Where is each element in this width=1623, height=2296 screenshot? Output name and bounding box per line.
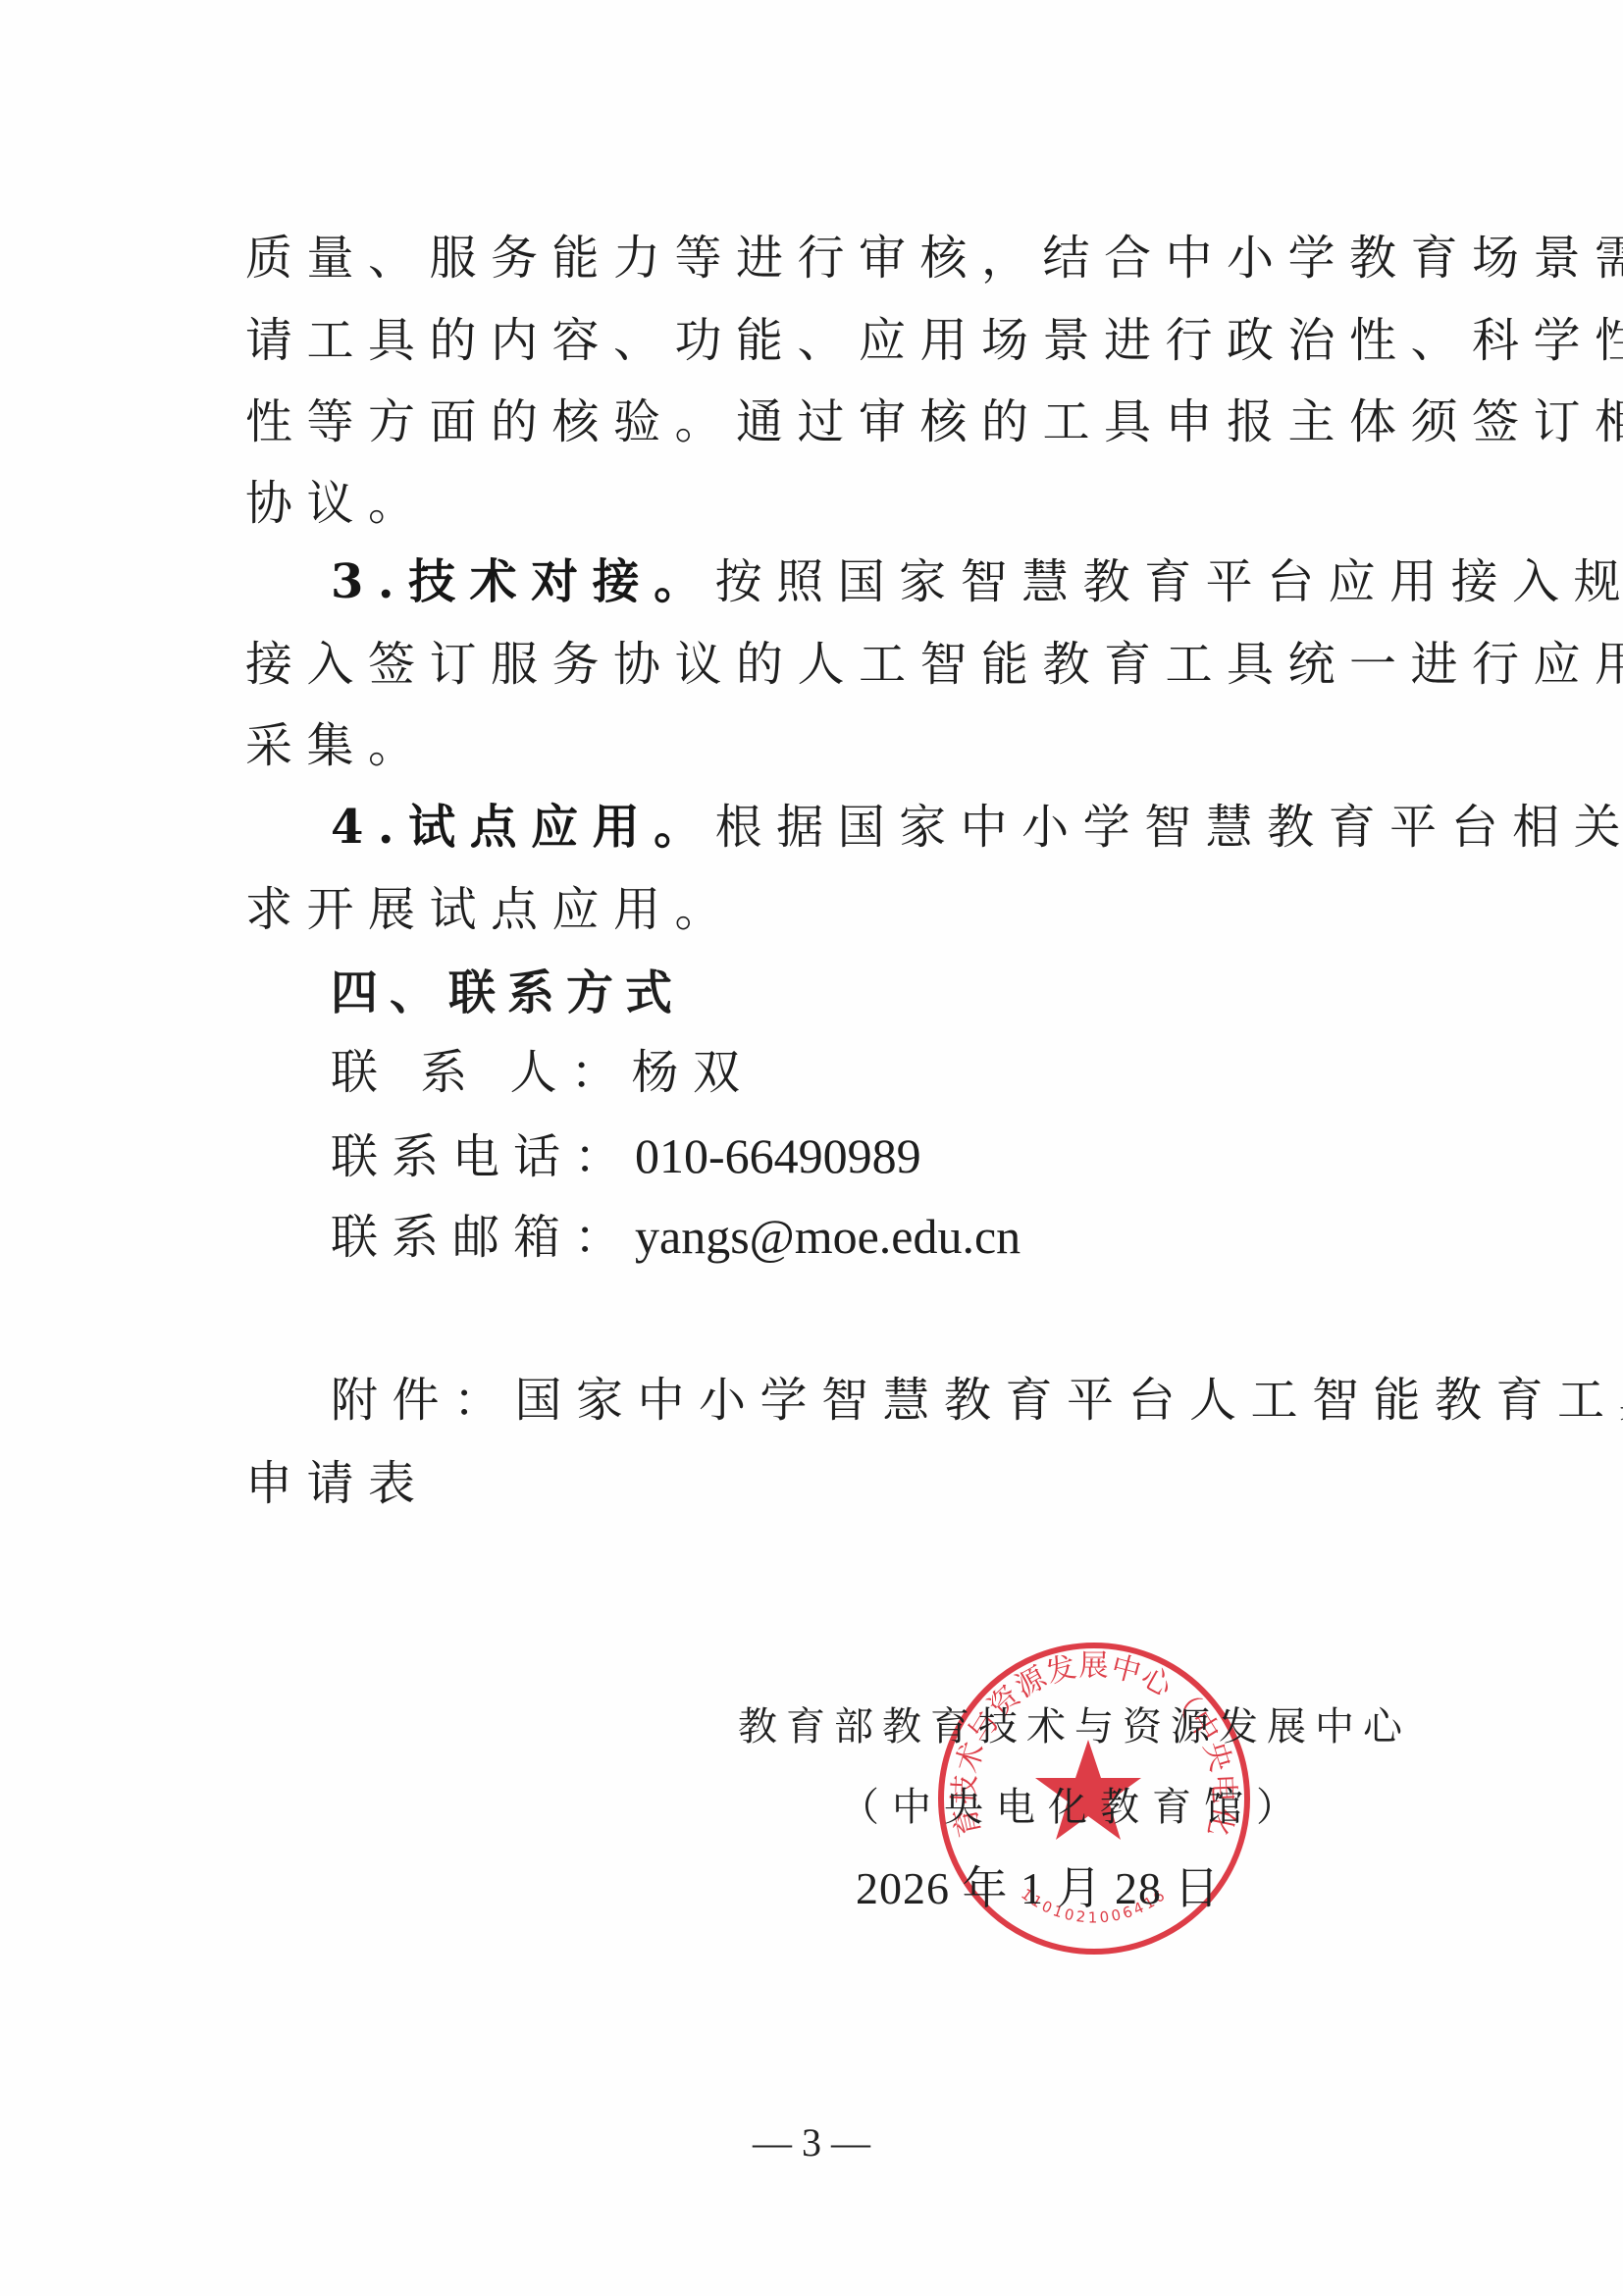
contact-phone-value: 010-66490989: [635, 1128, 921, 1183]
contact-phone-label: 联系电话：: [331, 1129, 635, 1184]
document-page: 质量、服务能力等进行审核，结合中小学教育场景需求对申 请工具的内容、功能、应用场…: [0, 0, 1623, 2296]
step-3-paragraph: 3.技术对接。按照国家智慧教育平台应用接入规范，对: [331, 548, 1623, 616]
contact-email-row: 联系邮箱：yangs@moe.edu.cn: [331, 1202, 1021, 1271]
contact-email-link[interactable]: yangs@moe.edu.cn: [635, 1209, 1021, 1264]
body-text-line: 性等方面的核验。通过审核的工具申报主体须签订相应服务: [245, 388, 1623, 456]
contact-phone-row: 联系电话：010-66490989: [331, 1122, 921, 1190]
body-text-line: 协议。: [245, 469, 430, 538]
section-heading-contact: 四、联系方式: [331, 959, 684, 1027]
attachment-line: 附件：国家中小学智慧教育平台人工智能教育工具接入: [331, 1366, 1623, 1435]
step-4-paragraph: 4.试点应用。根据国家中小学智慧教育平台相关工作要: [331, 793, 1623, 861]
body-text-line: 采集。: [245, 711, 430, 780]
body-text-line: 请工具的内容、功能、应用场景进行政治性、科学性和适切: [245, 306, 1623, 375]
body-text-line: 质量、服务能力等进行审核，结合中小学教育场景需求对申: [245, 224, 1623, 292]
step-4-text: 根据国家中小学智慧教育平台相关工作要: [715, 800, 1623, 855]
body-text-line: 求开展试点应用。: [245, 875, 736, 944]
signature-date: 2026 年 1 月 28 日: [856, 1859, 1221, 1918]
page-number: — 3 —: [0, 2119, 1623, 2166]
step-3-text: 按照国家智慧教育平台应用接入规范，对: [715, 554, 1623, 609]
contact-person-value: 杨双: [632, 1045, 755, 1100]
signature-organization: 教育部教育技术与资源发展中心: [738, 1697, 1411, 1756]
contact-person-label: 联 系 人：: [331, 1045, 632, 1100]
contact-person-row: 联 系 人：杨双: [331, 1038, 755, 1107]
body-text-line: 接入签订服务协议的人工智能教育工具统一进行应用数据: [245, 630, 1623, 699]
contact-email-label: 联系邮箱：: [331, 1210, 635, 1265]
step-3-title: 3.技术对接。: [331, 554, 715, 609]
attachment-line: 申请表: [245, 1449, 430, 1518]
step-4-title: 4.试点应用。: [331, 800, 715, 855]
signature-organization-alt: （中央电化教育馆）: [840, 1778, 1308, 1837]
